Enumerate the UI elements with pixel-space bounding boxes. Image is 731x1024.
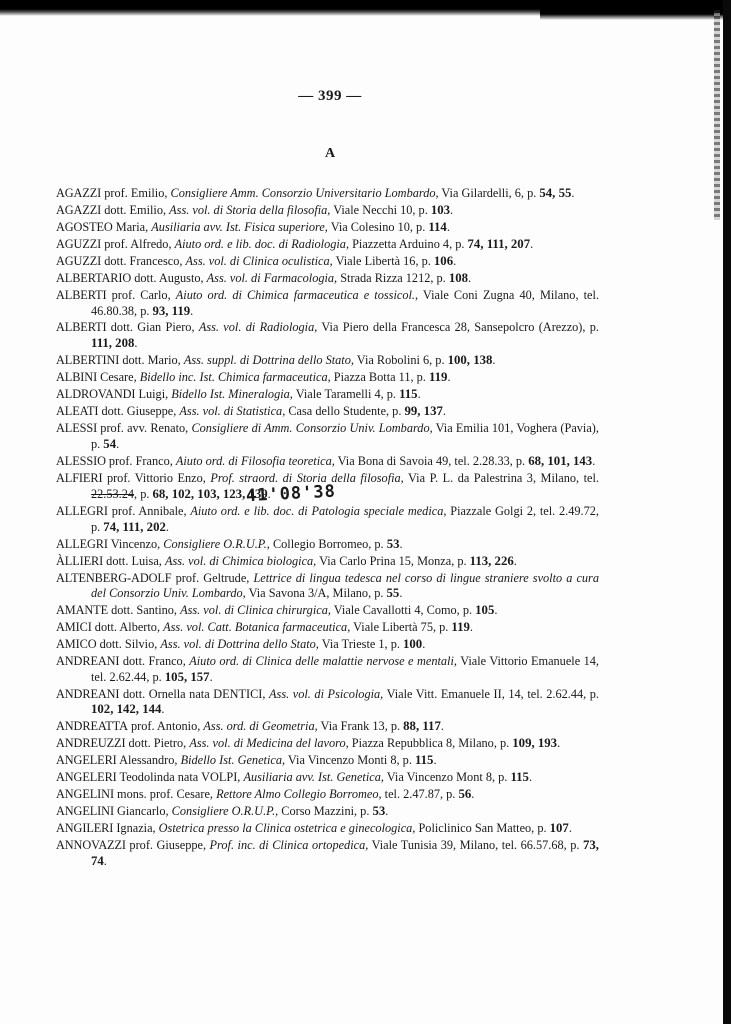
entry-end: . [210,670,213,684]
section-heading: A [0,146,660,162]
entry-address: tel. 2.47.87, p. [382,787,459,801]
entry-address: Via Piero della Francesca 28, Sansepolcr… [317,320,599,334]
entry-pages: 68, 101, 143 [528,454,592,468]
entry-address: Piazzetta Arduino 4, p. [349,237,468,251]
entry-name: AGUZZI [56,254,101,268]
entry-pages: 115 [415,753,434,767]
directory-entry: AGAZZI prof. Emilio, Consigliere Amm. Co… [47,186,599,202]
entry-address: Policlinico San Matteo, p. [415,821,549,835]
entry-role: Ausiliaria avv. Ist. Genetica, [243,770,383,784]
entry-pages: 93, 119 [152,304,190,318]
entry-address: Piazza Repubblica 8, Milano, p. [349,736,513,750]
entry-title: Teodolinda nata VOLPI, [117,770,244,784]
entry-end: . [422,637,425,651]
entry-end: . [470,620,473,634]
entry-title: dott. Gian Piero, [106,320,198,334]
entry-pages: 54, 55 [539,186,571,200]
entry-end: . [450,203,453,217]
entry-role: Ass. vol. di Psicologia, [269,687,383,701]
entry-role: Consigliere Amm. Consorzio Universitario… [171,186,439,200]
entry-address: Viale Libertà 16, p. [333,254,434,268]
entry-end: . [161,702,164,716]
directory-entry: ANGELINI Giancarlo, Consigliere O.R.U.P.… [47,804,599,820]
directory-entry: AGAZZI dott. Emilio, Ass. vol. di Storia… [47,203,599,219]
entry-role: Prof. inc. di Clinica ortopedica, [210,838,369,852]
directory-entry: ALESSIO prof. Franco, Aiuto ord. di Filo… [47,454,599,470]
entry-address: Viale Libertà 75, p. [350,620,451,634]
entry-title: Cesare, [97,370,140,384]
entry-role: Ass. vol. Catt. Botanica farmaceutica, [163,620,350,634]
entry-name: AGAZZI [56,203,101,217]
entry-name: ALESSIO [56,454,106,468]
directory-entry: ANGILERI Ignazia, Ostetrica presso la Cl… [47,821,599,837]
entry-pages: 74, 111, 202 [103,520,166,534]
entry-name: ALBINI [56,370,97,384]
entry-pages: 53 [387,537,400,551]
entry-address: Strada Rizza 1212, p. [337,271,449,285]
entry-name: AGAZZI [56,186,101,200]
entry-role: Ausiliaria avv. Ist. Fisica superiore, [151,220,328,234]
entry-role: Aiuto ord. e lib. doc. di Patologia spec… [190,504,446,518]
page-number: — 399 — [0,88,660,105]
entry-name: ALEATI [56,404,98,418]
entry-pages: 105, 157 [165,670,210,684]
directory-entry: ÀLLIERI dott. Luisa, Ass. vol. di Chimic… [47,554,599,570]
entry-name: ALBERTI [56,320,106,334]
entry-title: dott. Mario, [119,353,184,367]
entry-role: Ass. ord. di Geometria, [203,719,317,733]
entry-name: ANGILERI [56,821,113,835]
entry-role: Consigliere O.R.U.P., [163,537,270,551]
entry-title: prof. Giuseppe, [126,838,210,852]
entry-title: prof. Emilio, [101,186,170,200]
directory-entry: ANGELERI Teodolinda nata VOLPI, Ausiliar… [47,770,599,786]
entry-role: Consigliere O.R.U.P., [172,804,279,818]
entry-role: Ostetrica presso la Clinica ostetrica e … [159,821,416,835]
entry-role: Ass. vol. di Chimica biologica, [165,554,316,568]
entry-title: dott. Pietro, [125,736,189,750]
entry-end: . [453,254,456,268]
entry-title: dott. Luisa, [103,554,165,568]
entry-title: prof. Vittorio Enzo, [102,471,210,485]
entry-address: Casa dello Studente, p. [285,404,404,418]
entry-role: Aiuto ord. di Chimica farmaceutica e tos… [176,288,418,302]
entry-address: Via Frank 13, p. [318,719,403,733]
entry-name: ALTENBERG-ADOLF [56,571,172,585]
directory-entry: ANDREUZZI dott. Pietro, Ass. vol. di Med… [47,736,599,752]
entry-pages: 115 [399,387,418,401]
entry-pages: 53 [372,804,385,818]
entry-role: Ass. vol. di Storia della filosofia, [169,203,330,217]
entry-end: . [571,186,574,200]
entry-end: . [569,821,572,835]
entry-name: ANDREUZZI [56,736,125,750]
entry-role: Ass. vol. di Radiologia, [199,320,317,334]
entry-pages: 100, 138 [448,353,493,367]
entry-title: mons. prof. Cesare, [114,787,216,801]
entry-title: dott. Giuseppe, [98,404,179,418]
entry-end: . [468,271,471,285]
entry-end: . [104,854,107,868]
entry-address: Via Colesino 10, p. [328,220,428,234]
entry-pages: 55 [387,586,400,600]
entry-name: ALBERTARIO [56,271,131,285]
directory-entry: ALESSI prof. avv. Renato, Consigliere di… [47,421,599,452]
entry-title: prof. Alfredo, [101,237,174,251]
entry-pages: 119 [429,370,448,384]
entry-end: . [494,603,497,617]
entry-name: ALESSI [56,421,97,435]
entry-role: Bidello Ist. Mineralogia, [171,387,293,401]
directory-entry: AMICO dott. Silvio, Ass. vol. di Dottrin… [47,637,599,653]
entry-end: . [492,353,495,367]
entry-end: . [443,404,446,418]
entry-end: . [529,770,532,784]
directory-entry: ALDROVANDI Luigi, Bidello Ist. Mineralog… [47,387,599,403]
entry-address: Via P. L. da Palestrina 3, Milano, tel. [404,471,599,485]
entry-name: AMICO [56,637,97,651]
entry-name: ALBERTI [56,288,106,302]
entry-address: Viale Taramelli 4, p. [293,387,399,401]
entry-end: . [190,304,193,318]
entry-role: Rettore Almo Collegio Borromeo, [216,787,382,801]
directory-entry: ALLEGRI prof. Annibale, Aiuto ord. e lib… [47,504,599,535]
entry-address: Via Savona 3/A, Milano, p. [246,586,387,600]
directory-entry: AMICI dott. Alberto, Ass. vol. Catt. Bot… [47,620,599,636]
directory-entry: AGUZZI prof. Alfredo, Aiuto ord. e lib. … [47,237,599,253]
entry-name: ANDREANI [56,687,119,701]
entry-role: Ass. vol. di Clinica oculistica, [186,254,333,268]
directory-entry: ALBERTINI dott. Mario, Ass. suppl. di Do… [47,353,599,369]
directory-entry: ANGELINI mons. prof. Cesare, Rettore Alm… [47,787,599,803]
directory-entries: AGAZZI prof. Emilio, Consigliere Amm. Co… [47,186,599,871]
entry-end: . [166,520,169,534]
entry-name: ALDROVANDI [56,387,135,401]
entry-role: Bidello Ist. Genetica, [181,753,286,767]
directory-entry: ALTENBERG-ADOLF prof. Geltrude, Lettrice… [47,571,599,602]
entry-pages: 109, 193 [512,736,557,750]
entry-name: ANGELERI [56,770,117,784]
entry-role: Ass. vol. di Farmacologia, [207,271,337,285]
entry-address: Via Carlo Prina 15, Monza, p. [316,554,469,568]
entry-pages: 108 [449,271,468,285]
entry-title: prof. Annibale, [108,504,190,518]
entry-name: ANGELERI [56,753,117,767]
entry-title: Alessandro, [117,753,181,767]
entry-role: Aiuto ord. di Filosofia teoretica, [176,454,335,468]
handwritten-annotation: 41'08'38 [280,485,336,503]
entry-title: dott. Augusto, [131,271,207,285]
scan-right-edge-noise [714,10,720,220]
entry-end: . [399,586,402,600]
entry-name: ALBERTINI [56,353,119,367]
entry-role: Aiuto ord. di Clinica delle malattie ner… [189,654,457,668]
entry-name: ANDREANI [56,654,119,668]
entry-end: . [134,336,137,350]
entry-title: dott. Franco, [119,654,189,668]
entry-end: . [592,454,595,468]
entry-title: dott. Silvio, [97,637,161,651]
entry-name: ALLEGRI [56,537,108,551]
entry-address: Viale Vitt. Emanuele II, 14, tel. 2.62.4… [383,687,599,701]
scan-right-edge-shadow [723,0,731,1024]
entry-struck-phone: 22.53.24 [91,487,134,501]
entry-address: Via Robolini 6, p. [354,353,448,367]
directory-entry: AGUZZI dott. Francesco, Ass. vol. di Cli… [47,254,599,270]
entry-role: Ass. vol. di Medicina del lavoro, [189,736,348,750]
entry-role: Bidello inc. Ist. Chimica farmaceutica, [140,370,331,384]
entry-name: ANGELINI [56,804,114,818]
entry-title: dott. Santino, [108,603,180,617]
entry-title: prof. Geltrude, [172,571,254,585]
entry-name: ANNOVAZZI [56,838,126,852]
entry-title: prof. Carlo, [106,288,175,302]
entry-end: . [116,437,119,451]
entry-end: . [514,554,517,568]
entry-address: Piazza Botta 11, p. [331,370,429,384]
entry-end: . [447,370,450,384]
entry-pages: 56 [458,787,471,801]
entry-title: Vincenzo, [108,537,163,551]
entry-address: Via Trieste 1, p. [319,637,403,651]
entry-pages: 99, 137 [404,404,442,418]
entry-pages: 111, 208 [91,336,134,350]
directory-entry: ALEATI dott. Giuseppe, Ass. vol. di Stat… [47,404,599,420]
entry-name: AMANTE [56,603,108,617]
entry-name: ANDREATTA [56,719,128,733]
entry-name: ALLEGRI [56,504,108,518]
entry-end: . [385,804,388,818]
entry-address: Via Bona di Savoia 49, tel. 2.28.33, p. [335,454,528,468]
entry-pages: 114 [428,220,447,234]
entry-title: prof. Franco, [106,454,176,468]
entry-title: Ignazia, [113,821,158,835]
entry-pages: 105 [475,603,494,617]
entry-pages: 119 [451,620,470,634]
directory-entry: ALLEGRI Vincenzo, Consigliere O.R.U.P., … [47,537,599,553]
entry-end: . [447,220,450,234]
entry-address: Viale Necchi 10, p. [330,203,430,217]
directory-entry: ANDREATTA prof. Antonio, Ass. ord. di Ge… [47,719,599,735]
entry-title: Luigi, [135,387,171,401]
entry-role: Ass. vol. di Dottrina dello Stato, [160,637,319,651]
entry-title: dott. Francesco, [101,254,185,268]
entry-name: AMICI [56,620,92,634]
directory-entry: ANDREANI dott. Ornella nata DENTICI, Ass… [47,687,599,718]
entry-address: Via Vincenzo Mont 8, p. [384,770,511,784]
entry-name: AGUZZI [56,237,101,251]
entry-end: . [433,753,436,767]
entry-address: Collegio Borromeo, p. [270,537,387,551]
entry-name: ANGELINI [56,787,114,801]
entry-role: Ass. vol. di Statistica, [179,404,285,418]
entry-name: AGOSTEO [56,220,113,234]
directory-entry: AGOSTEO Maria, Ausiliaria avv. Ist. Fisi… [47,220,599,236]
entry-pages: 115 [510,770,529,784]
entry-role: Ass. suppl. di Dottrina dello Stato, [184,353,354,367]
directory-entry: ANGELERI Alessandro, Bidello Ist. Geneti… [47,753,599,769]
entry-pages: 107 [550,821,569,835]
entry-address: Via Vincenzo Monti 8, p. [285,753,415,767]
directory-entry: ANNOVAZZI prof. Giuseppe, Prof. inc. di … [47,838,599,869]
entry-title: Giancarlo, [114,804,172,818]
entry-title: dott. Alberto, [92,620,163,634]
entry-pages: 54 [103,437,116,451]
directory-entry: ALBINI Cesare, Bidello inc. Ist. Chimica… [47,370,599,386]
entry-end: . [399,537,402,551]
entry-end: . [441,719,444,733]
entry-address: Viale Cavallotti 4, Como, p. [331,603,475,617]
entry-title: Maria, [113,220,152,234]
entry-role: Consigliere di Amm. Consorzio Univ. Lomb… [191,421,432,435]
directory-entry: AMANTE dott. Santino, Ass. vol. di Clini… [47,603,599,619]
entry-address: Corso Mazzini, p. [278,804,372,818]
entry-title: prof. Antonio, [128,719,204,733]
entry-end: . [557,736,560,750]
directory-entry: ALBERTI dott. Gian Piero, Ass. vol. di R… [47,320,599,351]
scan-top-edge-shadow-right [540,0,731,20]
entry-address: Via Gilardelli, 6, p. [439,186,540,200]
entry-end: . [530,237,533,251]
entry-name: ALFIERI [56,471,102,485]
directory-entry: ALBERTARIO dott. Augusto, Ass. vol. di F… [47,271,599,287]
entry-pages: 74, 111, 207 [468,237,531,251]
entry-pages: 103 [431,203,450,217]
entry-end: . [471,787,474,801]
entry-title: dott. Ornella nata DENTICI, [119,687,269,701]
entry-title: prof. avv. Renato, [97,421,191,435]
entry-end: . [418,387,421,401]
entry-role: Aiuto ord. e lib. doc. di Radiologia, [175,237,349,251]
entry-pages: 106 [434,254,453,268]
entry-pages: 100 [403,637,422,651]
directory-entry: ANDREANI dott. Franco, Aiuto ord. di Cli… [47,654,599,685]
entry-address: Viale Tunisia 39, Milano, tel. 66.57.68,… [368,838,583,852]
entry-role: Ass. vol. di Clinica chirurgica, [180,603,331,617]
entry-pages: 88, 117 [403,719,441,733]
directory-entry: ALFIERI prof. Vittorio Enzo, Prof. strao… [47,471,599,503]
entry-title: dott. Emilio, [101,203,169,217]
entry-pages: 102, 142, 144 [91,702,161,716]
entry-address-cont: , p. [134,487,152,501]
entry-name: ÀLLIERI [56,554,103,568]
directory-entry: ALBERTI prof. Carlo, Aiuto ord. di Chimi… [47,288,599,319]
entry-pages: 113, 226 [470,554,514,568]
